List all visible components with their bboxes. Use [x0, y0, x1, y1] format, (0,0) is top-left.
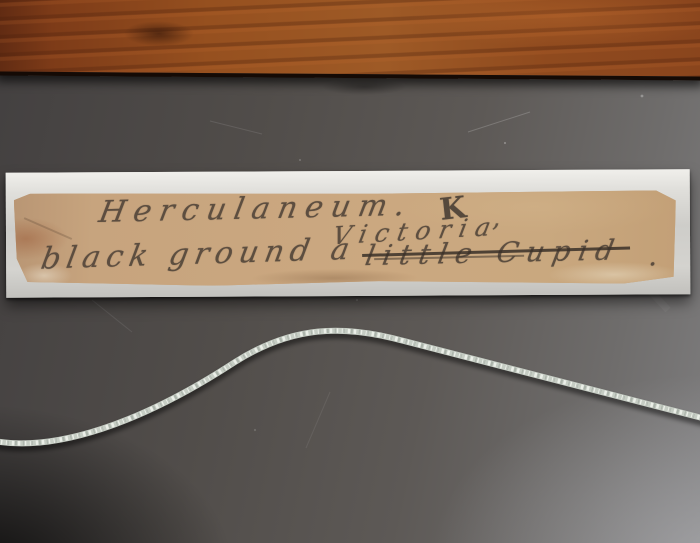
photo-scene: Herculaneum. K , Victoria black ground a… [0, 0, 700, 543]
cord-base [0, 331, 700, 444]
string-cord [0, 0, 700, 543]
